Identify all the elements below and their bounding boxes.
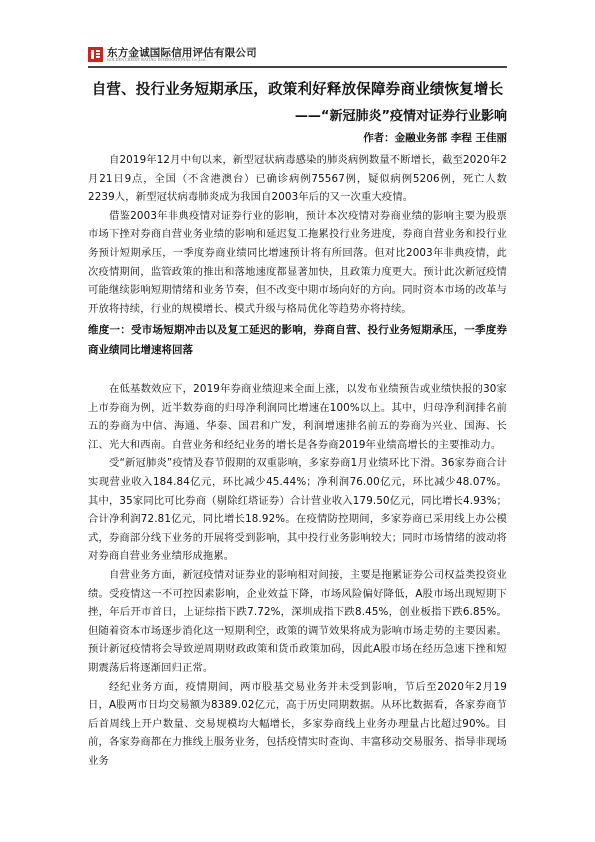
document-title: 自营、投行业务短期承压，政策利好释放保障券商业绩恢复增长: [88, 78, 507, 99]
page-header: 东方金诚国际信用评估有限公司 GOLDEN CREDIT RATING INTE…: [88, 45, 507, 67]
paragraph-section-3: 自营业务方面，新冠疫情对证券业的影响相对间接，主要是拖累证券公司权益类投资业绩。…: [88, 566, 507, 678]
header-divider: [88, 66, 507, 68]
intro-section: 自2019年12月中旬以来，新型冠状病毒感染的肺炎病例数量不断增长，截至2020…: [88, 151, 507, 360]
document-subtitle: ——“新冠肺炎”疫情对证券行业影响: [295, 105, 507, 124]
paragraph-intro-1: 自2019年12月中旬以来，新型冠状病毒感染的肺炎病例数量不断增长，截至2020…: [88, 151, 507, 207]
paragraph-section-4: 经纪业务方面，疫情期间，两市股基交易业务并未受到影响，节后至2020年2月19日…: [88, 678, 507, 771]
paragraph-intro-2: 借鉴2003年非典疫情对证券行业的影响，预计本次疫情对券商业绩的影响主要为股票市…: [88, 207, 507, 319]
document-author: 作者：金融业务部 李程 王佳丽: [363, 130, 507, 145]
section-body: 在低基数效应下，2019年券商业绩迎来全面上涨，以发布业绩预告或业绩快报的30家…: [88, 380, 507, 770]
paragraph-section-1: 在低基数效应下，2019年券商业绩迎来全面上涨，以发布业绩预告或业绩快报的30家…: [88, 380, 507, 454]
section-heading: 维度一：受市场短期冲击以及复工延迟的影响，券商自营、投行业务短期承压，一季度券商…: [88, 320, 507, 360]
company-logo-icon: [88, 47, 103, 62]
paragraph-section-2: 受“新冠肺炎”疫情及春节假期的双重影响，多家券商1月业绩环比下滑。36家券商合计…: [88, 454, 507, 566]
company-name-en: GOLDEN CREDIT RATING INTERNATIONAL Co.,L…: [107, 57, 206, 62]
